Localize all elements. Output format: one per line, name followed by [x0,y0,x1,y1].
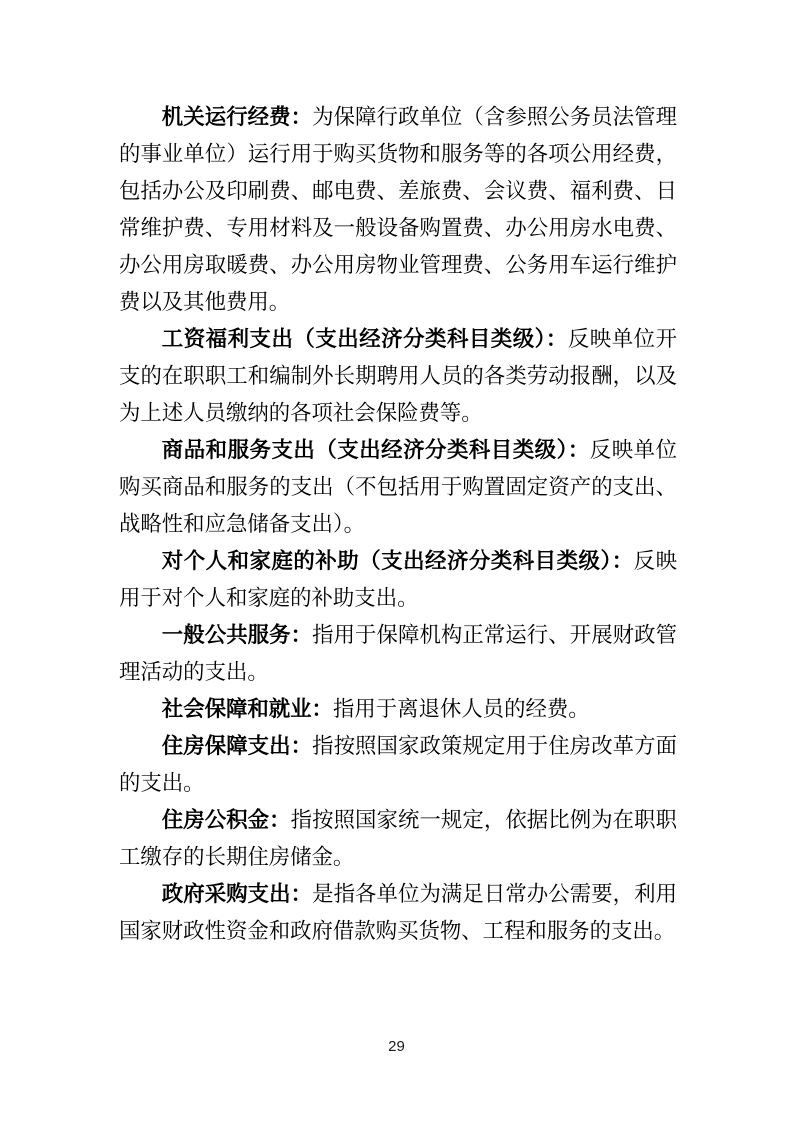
definition-text: 为保障行政单位（含参照公务员法管理的事业单位）运行用于购买货物和服务等的各项公用… [119,105,677,314]
definition-paragraph: 对个人和家庭的补助（支出经济分类科目类级）：反映用于对个人和家庭的补助支出。 [119,543,677,617]
definition-paragraph: 商品和服务支出（支出经济分类科目类级）：反映单位购买商品和服务的支出（不包括用于… [119,432,677,543]
definition-paragraph: 工资福利支出（支出经济分类科目类级）：反映单位开支的在职职工和编制外长期聘用人员… [119,321,677,432]
term-label: 政府采购支出： [162,882,312,906]
term-label: 机关运行经费： [162,105,312,129]
term-label: 对个人和家庭的补助（支出经济分类科目类级）： [162,549,634,573]
term-label: 工资福利支出（支出经济分类科目类级）： [162,327,568,351]
definition-paragraph: 机关运行经费：为保障行政单位（含参照公务员法管理的事业单位）运行用于购买货物和服… [119,99,677,321]
document-page: 机关运行经费：为保障行政单位（含参照公务员法管理的事业单位）运行用于购买货物和服… [0,0,793,1122]
definition-text: 指用于离退休人员的经费。 [333,697,590,721]
definition-paragraph: 社会保障和就业：指用于离退休人员的经费。 [119,691,677,728]
definition-paragraph: 住房公积金：指按照国家统一规定，依据比例为在职职工缴存的长期住房储金。 [119,802,677,876]
definition-paragraph: 住房保障支出：指按照国家政策规定用于住房改革方面的支出。 [119,728,677,802]
definition-paragraph: 一般公共服务：指用于保障机构正常运行、开展财政管理活动的支出。 [119,617,677,691]
term-label: 商品和服务支出（支出经济分类科目类级）： [162,438,590,462]
term-label: 一般公共服务： [162,623,312,647]
term-label: 住房公积金： [162,808,291,832]
definitions-list: 机关运行经费：为保障行政单位（含参照公务员法管理的事业单位）运行用于购买货物和服… [119,99,677,950]
term-label: 社会保障和就业： [162,697,333,721]
page-number: 29 [0,1038,793,1055]
term-label: 住房保障支出： [162,734,312,758]
definition-paragraph: 政府采购支出：是指各单位为满足日常办公需要，利用国家财政性资金和政府借款购买货物… [119,876,677,950]
